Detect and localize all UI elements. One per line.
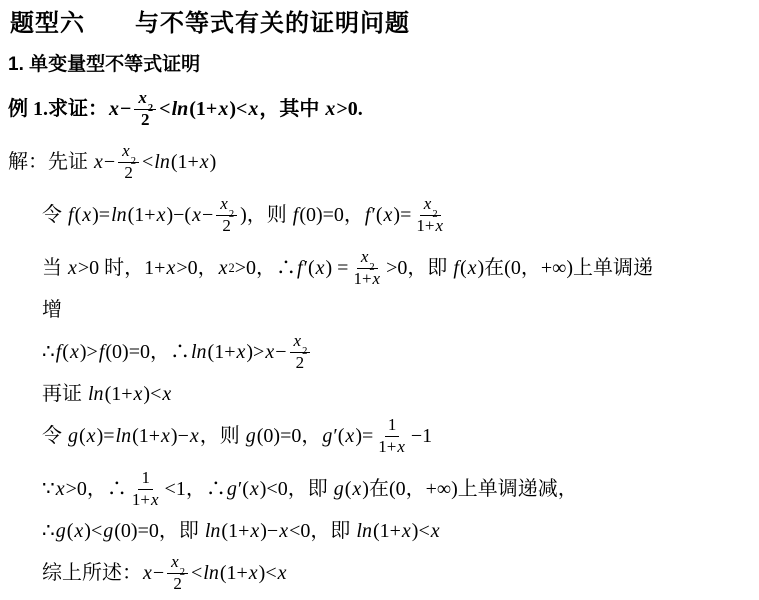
text-run: )在(0，+∞)上单调递减， [362, 475, 578, 503]
math-variable: f [364, 201, 372, 229]
g-derivative-sign-line: ∵x>0，∴11+x<1，∴g′(x)<0，即 g(x)在(0，+∞)上单调递减… [42, 463, 751, 515]
fraction: x22 [118, 141, 139, 182]
fraction-numerator: x2 [420, 194, 441, 215]
fraction: x22 [216, 194, 237, 235]
math-variable: f [67, 201, 75, 229]
math-variable: x [69, 338, 80, 366]
text-run: >0， [176, 254, 217, 282]
math-variable: ln [355, 517, 373, 545]
f-conclusion-line: ∴f(x)>f(0)=0，∴ln(1+x)>x−x22 [42, 326, 751, 378]
text-run: ( [79, 422, 86, 450]
math-variable: x [150, 490, 160, 510]
text-run: (0)=0，∴ [105, 338, 190, 366]
math-variable: x [170, 552, 180, 572]
text-run: 再证 [42, 380, 87, 408]
text-run: 1+ [353, 269, 371, 289]
text-run: − [275, 338, 286, 366]
math-variable: x [218, 254, 229, 282]
fraction-numerator: x2 [167, 552, 188, 573]
text-run: )< [412, 517, 430, 545]
text-run: < [191, 559, 202, 587]
section-heading: 1. 单变量型不等式证明 [8, 53, 751, 77]
text-run: (1+ [208, 338, 236, 366]
text-run: ( [75, 201, 82, 229]
text-run: < [142, 148, 153, 176]
text-run: )< [229, 95, 247, 123]
fraction-denominator: 1+x [351, 269, 383, 289]
solution-first-claim: 解：先证 x−x22<ln(1+x) [8, 136, 751, 188]
math-variable: g [67, 422, 79, 450]
text-run: (1+ [132, 422, 160, 450]
text-run: ( [345, 475, 352, 503]
text-run: −1 [411, 422, 432, 450]
text-run: ) [210, 148, 217, 176]
fraction-denominator: 2 [171, 574, 184, 594]
fraction: 11+x [130, 468, 162, 509]
math-variable: f [98, 338, 106, 366]
text-run: )> [80, 338, 98, 366]
math-variable: x [86, 422, 97, 450]
fraction-numerator: x2 [134, 88, 156, 109]
wrapped-char-line: 增 [42, 295, 751, 325]
text-run: 1 [141, 468, 150, 488]
fraction-denominator: 1+x [414, 216, 446, 236]
text-run: 综上所述： [42, 559, 142, 587]
text-run: (1+ [105, 380, 133, 408]
text-run: ′( [333, 422, 344, 450]
math-variable: x [160, 422, 171, 450]
math-variable: x [73, 517, 84, 545]
text-run: − [104, 148, 115, 176]
define-f-line: 令 f(x)=ln(1+x)−(x−x22)，则 f(0)=0，f′(x)=x2… [42, 189, 751, 241]
math-variable: x [55, 475, 66, 503]
text-run: )= [92, 201, 110, 229]
math-variable: ln [202, 559, 220, 587]
text-run: )< [143, 380, 161, 408]
math-variable: x [199, 148, 210, 176]
text-run: 解：先证 [8, 148, 93, 176]
math-variable: g [245, 422, 257, 450]
text-run: ，则 [200, 422, 245, 450]
math-variable: g [55, 517, 67, 545]
math-variable: x [360, 247, 370, 267]
define-g-line: 令 g(x)=ln(1+x)−x，则 g(0)=0，g′(x)=11+x−1 [42, 410, 751, 462]
text-run: 1+ [132, 490, 150, 510]
second-claim-line: 再证 ln(1+x)<x [42, 379, 751, 409]
text-run: (1+ [171, 148, 199, 176]
text-run: ( [67, 517, 74, 545]
fraction-denominator: 2 [122, 163, 135, 183]
text-run: )<0，即 [260, 475, 333, 503]
text-run: (0)=0， [257, 422, 322, 450]
fraction: x22 [290, 331, 311, 372]
math-variable: ln [115, 422, 133, 450]
fraction-numerator: 1 [138, 468, 153, 489]
fraction-denominator: 2 [294, 353, 307, 373]
text-run: 1 [388, 415, 397, 435]
math-variable: x [351, 475, 362, 503]
math-variable: x [236, 338, 247, 366]
math-variable: x [121, 141, 131, 161]
math-variable: x [142, 559, 153, 587]
math-variable: x [165, 254, 176, 282]
text-run: 2 [222, 216, 231, 236]
f-derivative-sign-line: 当 x>0 时，1+x>0，x2>0，∴f′(x) =x21+x>0，即 f(x… [42, 242, 751, 294]
math-variable: x [249, 475, 260, 503]
text-run: )> [246, 338, 264, 366]
text-run: )，则 [240, 201, 292, 229]
math-variable: x [81, 201, 92, 229]
text-run: >0，∴ [235, 254, 296, 282]
math-variable: ln [204, 517, 222, 545]
text-run: (0)=0，即 [114, 517, 204, 545]
math-variable: x [108, 95, 120, 123]
math-variable: x [217, 95, 229, 123]
math-variable: x [191, 201, 202, 229]
math-variable: x [248, 559, 259, 587]
math-variable: x [156, 201, 167, 229]
text-run: 2 [296, 353, 305, 373]
text-run: )−( [166, 201, 191, 229]
math-variable: x [264, 338, 275, 366]
math-variable: x [137, 88, 148, 108]
fraction: x21+x [414, 194, 446, 235]
math-variable: f [452, 254, 460, 282]
text-run: >0 时，1+ [78, 254, 166, 282]
math-variable: ln [190, 338, 208, 366]
text-run: − [202, 201, 213, 229]
math-variable: x [430, 517, 441, 545]
fraction-denominator: 1+x [130, 490, 162, 510]
text-run: 令 [42, 422, 67, 450]
math-variable: g [333, 475, 345, 503]
fraction: x21+x [351, 247, 383, 288]
text-run: 例 1.求证： [8, 95, 108, 123]
text-run: )= [97, 422, 115, 450]
text-run: (0)=0， [299, 201, 364, 229]
math-variable: x [434, 216, 444, 236]
text-run: (1+ [221, 517, 249, 545]
fraction-numerator: x2 [216, 194, 237, 215]
text-run: ( [460, 254, 467, 282]
text-run: )− [171, 422, 189, 450]
math-variable: x [401, 517, 412, 545]
g-conclusion-line: ∴g(x)<g(0)=0，即 ln(1+x)−x<0，即 ln(1+x)<x [42, 516, 751, 546]
fraction-numerator: 1 [385, 415, 400, 436]
text-run: < [159, 95, 170, 123]
math-variable: x [189, 422, 200, 450]
text-run: (1+ [128, 201, 156, 229]
fraction-numerator: x2 [290, 331, 311, 352]
text-run: ′( [371, 201, 382, 229]
math-variable: f [55, 338, 63, 366]
math-variable: x [293, 331, 303, 351]
text-run: ′( [304, 254, 315, 282]
text-run: 1+ [378, 437, 396, 457]
text-run: (1+ [220, 559, 248, 587]
math-variable: x [278, 517, 289, 545]
math-variable: g [102, 517, 114, 545]
text-run: ′( [238, 475, 249, 503]
math-variable: g [226, 475, 238, 503]
math-variable: x [219, 194, 229, 214]
text-run: ，其中 [259, 95, 324, 123]
text-run: <1，∴ [165, 475, 226, 503]
text-run: )= [355, 422, 373, 450]
math-variable: x [315, 254, 326, 282]
math-variable: f [296, 254, 304, 282]
problem-statement: 例 1.求证：x−x22<ln(1+x)<x，其中 x>0. [8, 83, 751, 135]
text-run: − [120, 95, 131, 123]
fraction-numerator: x2 [357, 247, 378, 268]
math-variable: x [93, 148, 104, 176]
document-page: 题型六 与不等式有关的证明问题 1. 单变量型不等式证明 例 1.求证：x−x2… [0, 0, 759, 599]
text-run: >0. [336, 95, 362, 123]
text-run: )= [393, 201, 411, 229]
text-run: )< [259, 559, 277, 587]
math-variable: x [423, 194, 433, 214]
fraction-numerator: x2 [118, 141, 139, 162]
math-variable: x [344, 422, 355, 450]
math-variable: x [67, 254, 78, 282]
text-run: ∵ [42, 475, 55, 503]
fraction: x22 [167, 552, 188, 593]
fraction-denominator: 2 [139, 110, 152, 130]
math-variable: f [292, 201, 300, 229]
text-run: )在(0，+∞)上单调递 [478, 254, 654, 282]
text-run: ∴ [42, 517, 55, 545]
text-run: ∴ [42, 338, 55, 366]
text-run: 当 [42, 254, 67, 282]
math-variable: ln [171, 95, 190, 123]
math-variable: ln [153, 148, 171, 176]
text-run: ( [62, 338, 69, 366]
text-run: <0，即 [289, 517, 355, 545]
text-run: − [153, 559, 164, 587]
math-variable: x [277, 559, 288, 587]
text-run: 增 [42, 296, 62, 324]
text-run: 2 [173, 574, 182, 594]
text-run: >0，∴ [66, 475, 127, 503]
text-run: 1+ [416, 216, 434, 236]
text-run: 2 [141, 110, 150, 130]
math-variable: x [133, 380, 144, 408]
math-variable: x [383, 201, 394, 229]
text-run: (1+ [189, 95, 217, 123]
math-variable: x [467, 254, 478, 282]
math-variable: x [372, 269, 382, 289]
page-title: 题型六 与不等式有关的证明问题 [10, 10, 751, 38]
math-variable: ln [110, 201, 128, 229]
text-run: 2 [124, 163, 133, 183]
fraction: x22 [134, 88, 156, 129]
fraction-denominator: 2 [220, 216, 233, 236]
text-run: ) = [326, 254, 349, 282]
math-variable: ln [87, 380, 105, 408]
text-run: >0，即 [386, 254, 452, 282]
fraction-denominator: 1+x [376, 437, 408, 457]
text-run: )< [84, 517, 102, 545]
math-variable: x [161, 380, 172, 408]
math-variable: x [249, 517, 260, 545]
math-variable: x [247, 95, 259, 123]
math-variable: x [324, 95, 336, 123]
final-conclusion-line: 综上所述：x−x22<ln(1+x)<x [42, 547, 751, 599]
text-run: 令 [42, 201, 67, 229]
fraction: 11+x [376, 415, 408, 456]
text-run: )− [260, 517, 278, 545]
math-variable: x [396, 437, 406, 457]
text-run: (1+ [373, 517, 401, 545]
math-variable: g [321, 422, 333, 450]
